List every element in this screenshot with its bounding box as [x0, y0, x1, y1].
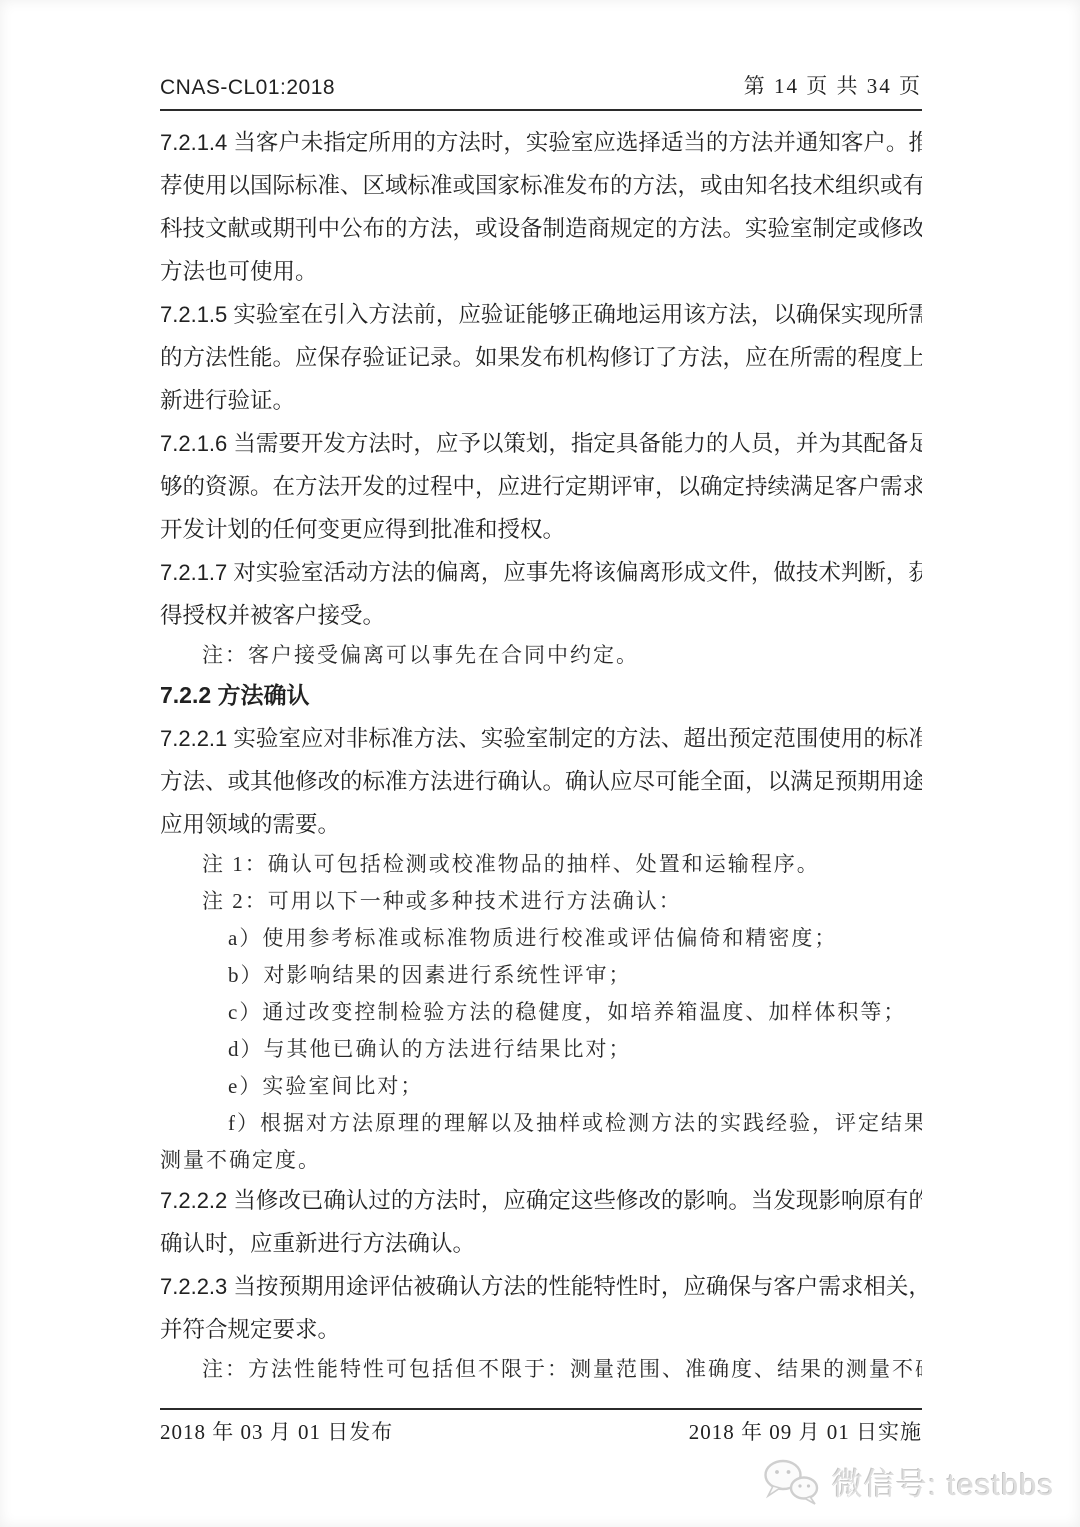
line-text: 注：方法性能特性可包括但不限于：测量范围、准确度、结果的测量不确定: [202, 1357, 922, 1381]
clause-number: 7.2.2.2: [160, 1188, 233, 1213]
line-text: 方法、或其他修改的标准方法进行确认。确认应尽可能全面，以满足预期用途或: [160, 769, 922, 794]
list-item: b）对影响结果的因素进行系统性评审；: [160, 957, 922, 994]
doc-line: 7.2.2.1 实验室应对非标准方法、实验室制定的方法、超出预定范围使用的标准: [160, 717, 922, 760]
doc-line: 确认时，应重新进行方法确认。: [160, 1222, 922, 1265]
footer-rule: [160, 1408, 922, 1410]
doc-line: 够的资源。在方法开发的过程中，应进行定期评审，以确定持续满足客户需求。: [160, 465, 922, 508]
doc-line: 得授权并被客户接受。: [160, 594, 922, 637]
doc-line: 7.2.1.5 实验室在引入方法前，应验证能够正确地运用该方法，以确保实现所需: [160, 293, 922, 336]
line-text: c）通过改变控制检验方法的稳健度，如培养箱温度、加样体积等；: [228, 1000, 906, 1024]
wechat-icon: [760, 1456, 822, 1506]
line-text: 确认时，应重新进行方法确认。: [160, 1231, 475, 1256]
doc-line: 7.2.1.7 对实验室活动方法的偏离，应事先将该偏离形成文件，做技术判断，获: [160, 551, 922, 594]
line-text: 当修改已确认过的方法时，应确定这些修改的影响。当发现影响原有的: [233, 1188, 922, 1213]
doc-line: 应用领域的需要。: [160, 803, 922, 846]
line-text: 荐使用以国际标准、区域标准或国家标准发布的方法，或由知名技术组织或有关: [160, 173, 922, 198]
doc-line: 荐使用以国际标准、区域标准或国家标准发布的方法，或由知名技术组织或有关: [160, 164, 922, 207]
list-item: a）使用参考标准或标准物质进行校准或评估偏倚和精密度；: [160, 920, 922, 957]
list-item: e）实验室间比对；: [160, 1068, 922, 1105]
line-text: 测量不确定度。: [160, 1148, 321, 1172]
line-text: 当需要开发方法时，应予以策划，指定具备能力的人员，并为其配备足: [233, 431, 922, 456]
page-header: CNAS-CL01:2018 第 14 页 共 34 页: [160, 70, 922, 111]
line-text: 注 2：可用以下一种或多种技术进行方法确认：: [202, 889, 682, 913]
line-text: 得授权并被客户接受。: [160, 603, 385, 628]
clause-number: 7.2.2: [160, 682, 218, 708]
line-text: 应用领域的需要。: [160, 812, 340, 837]
line-text: a）使用参考标准或标准物质进行校准或评估偏倚和精密度；: [228, 926, 837, 950]
clause-number: 7.2.1.5: [160, 302, 233, 327]
page-number-indicator: 第 14 页 共 34 页: [744, 70, 922, 100]
line-text: 当按预期用途评估被确认方法的性能特性时，应确保与客户需求相关，: [233, 1274, 922, 1299]
line-text: 科技文献或期刊中公布的方法，或设备制造商规定的方法。实验室制定或修改的: [160, 216, 922, 241]
list-item: c）通过改变控制检验方法的稳健度，如培养箱温度、加样体积等；: [160, 994, 922, 1031]
doc-line: 开发计划的任何变更应得到批准和授权。: [160, 508, 922, 551]
line-text: b）对影响结果的因素进行系统性评审；: [228, 963, 632, 987]
document-code: CNAS-CL01:2018: [160, 76, 335, 100]
doc-line: 方法、或其他修改的标准方法进行确认。确认应尽可能全面，以满足预期用途或: [160, 760, 922, 803]
page-footer: 2018 年 03 月 01 日发布 2018 年 09 月 01 日实施: [160, 1416, 922, 1446]
note-line: 注 2：可用以下一种或多种技术进行方法确认：: [160, 883, 922, 920]
watermark: 微信号: testbbs: [760, 1456, 1054, 1506]
line-text: 对实验室活动方法的偏离，应事先将该偏离形成文件，做技术判断，获: [233, 560, 922, 585]
line-text: 的方法性能。应保存验证记录。如果发布机构修订了方法，应在所需的程度上重: [160, 345, 922, 370]
doc-line: 7.2.2.3 当按预期用途评估被确认方法的性能特性时，应确保与客户需求相关，: [160, 1265, 922, 1308]
doc-line: 并符合规定要求。: [160, 1308, 922, 1351]
line-text: 注：客户接受偏离可以事先在合同中约定。: [202, 643, 639, 667]
note-line: 注：方法性能特性可包括但不限于：测量范围、准确度、结果的测量不确定: [160, 1351, 922, 1388]
doc-line: 新进行验证。: [160, 379, 922, 422]
doc-line: 7.2.1.6 当需要开发方法时，应予以策划，指定具备能力的人员，并为其配备足: [160, 422, 922, 465]
list-item: f）根据对方法原理的理解以及抽样或检测方法的实践经验，评定结果的: [160, 1105, 922, 1142]
doc-line: 7.2.2.2 当修改已确认过的方法时，应确定这些修改的影响。当发现影响原有的: [160, 1179, 922, 1222]
doc-line: 方法也可使用。: [160, 250, 922, 293]
document-page: CNAS-CL01:2018 第 14 页 共 34 页 7.2.1.4 当客户…: [0, 0, 1080, 1527]
line-text: 方法也可使用。: [160, 259, 318, 284]
clause-number: 7.2.1.6: [160, 431, 233, 456]
heading-text: 方法确认: [218, 682, 310, 708]
line-text: 当客户未指定所用的方法时，实验室应选择适当的方法并通知客户。推: [233, 130, 922, 155]
clause-number: 7.2.1.7: [160, 560, 233, 585]
clause-number: 7.2.1.4: [160, 130, 233, 155]
note-line: 注：客户接受偏离可以事先在合同中约定。: [160, 637, 922, 674]
line-text: e）实验室间比对；: [228, 1074, 423, 1098]
line-text: 新进行验证。: [160, 388, 295, 413]
watermark-text: 微信号: testbbs: [832, 1459, 1054, 1504]
clause-number: 7.2.2.3: [160, 1274, 233, 1299]
line-text: d）与其他已确认的方法进行结果比对；: [228, 1037, 632, 1061]
line-text: 注 1：确认可包括检测或校准物品的抽样、处置和运输程序。: [202, 852, 820, 876]
clause-number: 7.2.2.1: [160, 726, 233, 751]
note-line: 注 1：确认可包括检测或校准物品的抽样、处置和运输程序。: [160, 846, 922, 883]
line-text: 实验室应对非标准方法、实验室制定的方法、超出预定范围使用的标准: [233, 726, 922, 751]
note-line: 测量不确定度。: [160, 1142, 922, 1179]
line-text: 并符合规定要求。: [160, 1317, 340, 1342]
line-text: 够的资源。在方法开发的过程中，应进行定期评审，以确定持续满足客户需求。: [160, 474, 922, 499]
line-text: 开发计划的任何变更应得到批准和授权。: [160, 517, 565, 542]
doc-line: 的方法性能。应保存验证记录。如果发布机构修订了方法，应在所需的程度上重: [160, 336, 922, 379]
doc-line: 科技文献或期刊中公布的方法，或设备制造商规定的方法。实验室制定或修改的: [160, 207, 922, 250]
line-text: 实验室在引入方法前，应验证能够正确地运用该方法，以确保实现所需: [233, 302, 922, 327]
line-text: f）根据对方法原理的理解以及抽样或检测方法的实践经验，评定结果的: [228, 1111, 922, 1135]
implement-date: 2018 年 09 月 01 日实施: [689, 1416, 922, 1446]
document-body: 7.2.1.4 当客户未指定所用的方法时，实验室应选择适当的方法并通知客户。推 …: [160, 121, 922, 1388]
release-date: 2018 年 03 月 01 日发布: [160, 1416, 393, 1446]
doc-line: 7.2.1.4 当客户未指定所用的方法时，实验室应选择适当的方法并通知客户。推: [160, 121, 922, 164]
section-heading: 7.2.2 方法确认: [160, 674, 922, 717]
list-item: d）与其他已确认的方法进行结果比对；: [160, 1031, 922, 1068]
